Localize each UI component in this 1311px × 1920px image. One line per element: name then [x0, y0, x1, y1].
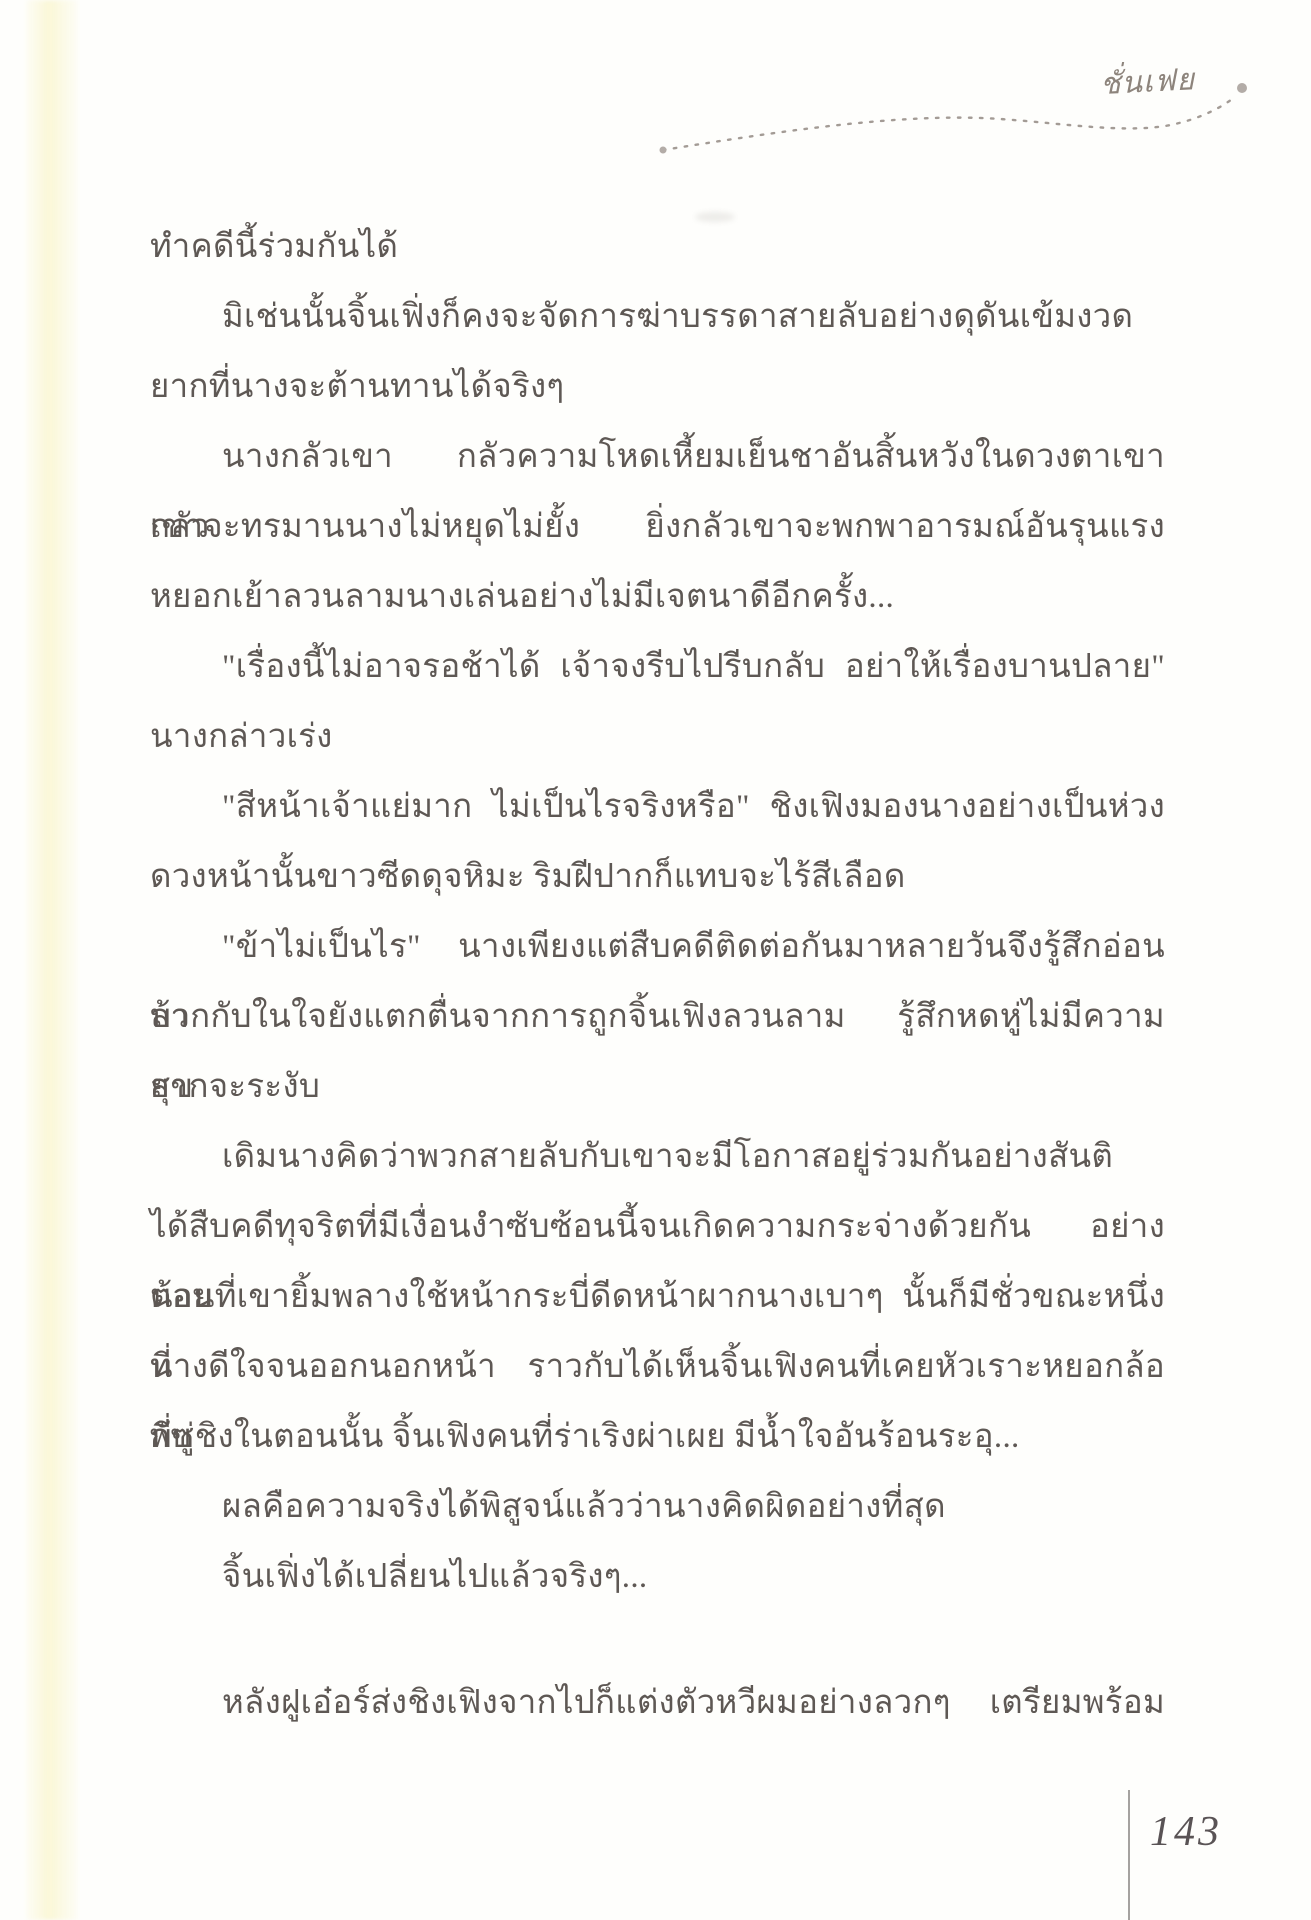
text-line: "ข้าไม่เป็นไร" นางเพียงแต่สืบคดีติดต่อกั… — [150, 912, 1165, 982]
running-head-title: ชั่นเฟย — [1099, 55, 1221, 108]
binding-gutter-strip — [26, 0, 78, 1920]
text-line: นางดีใจจนออกนอกหน้า ราวกับได้เห็นจิ้นเฟิ… — [150, 1332, 1165, 1402]
text-line: ตอนที่เขายิ้มพลางใช้หน้ากระบี่ดีดหน้าผาก… — [150, 1262, 1165, 1332]
text-line: "สีหน้าเจ้าแย่มาก ไม่เป็นไรจริงหรือ" ชิง… — [150, 772, 1165, 842]
text-line: นางกลัวเขา กลัวความโหดเหี้ยมเย็นชาอันสิ้… — [150, 422, 1165, 492]
text-line: บวกกับในใจยังแตกตื่นจากการถูกจิ้นเฟิงลวน… — [150, 982, 1165, 1052]
text-line: เดิมนางคิดว่าพวกสายลับกับเขาจะมีโอกาสอยู… — [150, 1122, 1165, 1192]
text-line: มิเช่นนั้นจิ้นเฟิ่งก็คงจะจัดการฆ่าบรรดาส… — [150, 282, 1165, 352]
text-line: นางกล่าวเร่ง — [150, 702, 1165, 772]
folio-rule — [1128, 1790, 1130, 1920]
curve-end-dot — [1237, 83, 1247, 93]
text-line: เขาจะทรมานนางไม่หยุดไม่ยั้ง ยิ่งกลัวเขาจ… — [150, 492, 1165, 562]
text-line: หยอกเย้าลวนลามนางเล่นอย่างไม่มีเจตนาดีอี… — [150, 562, 1165, 632]
page-body-text: ทำคดีนี้ร่วมกันได้มิเช่นนั้นจิ้นเฟิ่งก็ค… — [150, 212, 1165, 1738]
text-line: "เรื่องนี้ไม่อาจรอช้าได้ เจ้าจงรีบไปรีบก… — [150, 632, 1165, 702]
text-line: จิ้นเฟิ่งได้เปลี่ยนไปแล้วจริงๆ... — [150, 1542, 1165, 1612]
text-line: ยากจะระงับ — [150, 1052, 1165, 1122]
text-line: ทำคดีนี้ร่วมกันได้ — [150, 212, 1165, 282]
text-line: พี่ซู่ชิงในตอนนั้น จิ้นเฟิงคนที่ร่าเริงผ… — [150, 1402, 1165, 1472]
text-line: ได้สืบคดีทุจริตที่มีเงื่อนงำซับซ้อนนี้จน… — [150, 1192, 1165, 1262]
text-line: หลังฝูเอ๋อร์ส่งชิงเฟิงจากไปก็แต่งตัวหวีผ… — [150, 1668, 1165, 1738]
page-number: 143 — [1150, 1808, 1222, 1856]
text-line: ดวงหน้านั้นขาวซีดดุจหิมะ ริมฝีปากก็แทบจะ… — [150, 842, 1165, 912]
curve-start-dot — [660, 147, 667, 154]
text-line: ผลคือความจริงได้พิสูจน์แล้วว่านางคิดผิดอ… — [150, 1472, 1165, 1542]
scanned-book-page: { "header": { "title": "ชั่นเฟย", "decor… — [0, 0, 1311, 1920]
text-line: ยากที่นางจะต้านทานได้จริงๆ — [150, 352, 1165, 422]
